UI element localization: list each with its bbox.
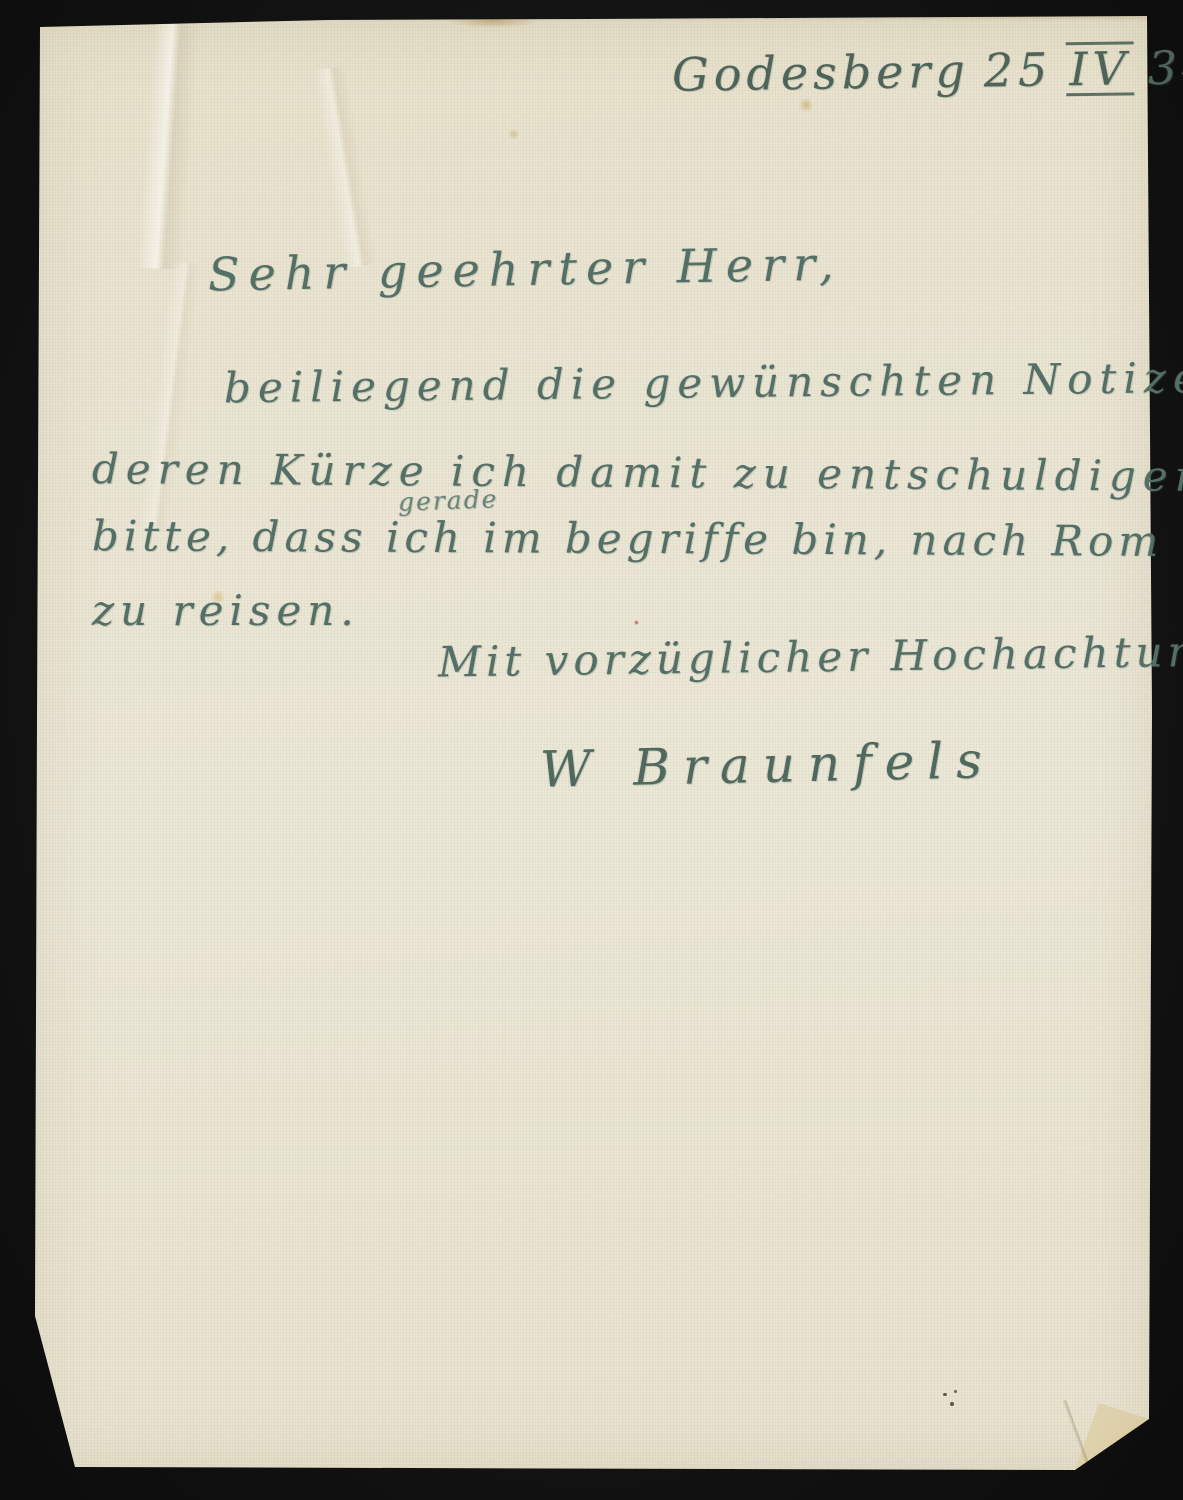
ink-speck bbox=[634, 620, 639, 625]
body-line-2: deren Kürze ich damit zu entschuldigen bbox=[92, 444, 1183, 501]
dateline-day: 25 bbox=[983, 42, 1052, 97]
salutation-line: Sehr geehrter Herr, bbox=[208, 236, 844, 301]
dateline-place: Godesberg bbox=[672, 44, 971, 102]
body-line-1: beiliegend die gewünschten Notizen bbox=[224, 353, 1183, 413]
dateline-year: 34 bbox=[1147, 40, 1183, 95]
dateline-month-roman: IV bbox=[1066, 41, 1134, 96]
paper-crease bbox=[138, 23, 201, 271]
body-line-3: bitte, dass ich im begriffe bin, nach Ro… bbox=[92, 511, 1163, 566]
foxing-stain bbox=[508, 128, 520, 140]
dateline: Godesberg25IV34 bbox=[672, 40, 1183, 102]
paper-crease bbox=[313, 66, 378, 269]
worn-top-edge bbox=[28, 12, 1158, 22]
closing-line: Mit vorzüglicher Hochachtung bbox=[438, 626, 1183, 686]
body-line-4: zu reisen. bbox=[92, 586, 360, 635]
dirt-specks bbox=[940, 1387, 966, 1409]
photo-stage: Godesberg25IV34 Sehr geehrter Herr, beil… bbox=[0, 0, 1183, 1500]
signature: W Braunfels bbox=[539, 731, 995, 799]
dog-ear-fold bbox=[1028, 1382, 1163, 1482]
interline-insertion: gerade bbox=[398, 484, 499, 516]
